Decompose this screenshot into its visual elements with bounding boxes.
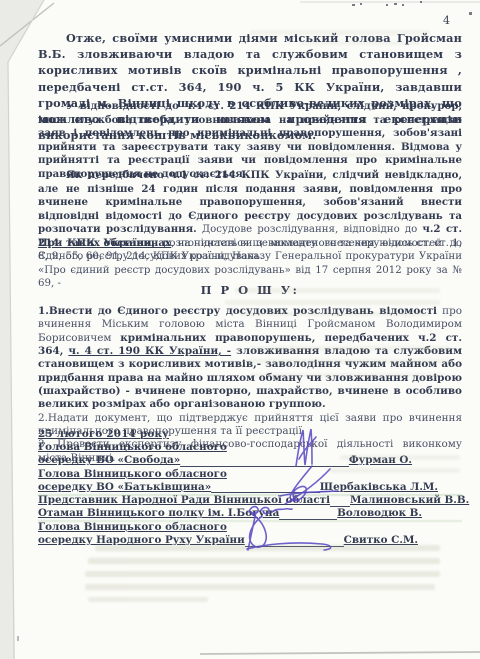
- signature-row: Представник Народної Ради Вінницької обл…: [38, 494, 462, 507]
- date-text: 25 лютого 2014 року: [38, 428, 169, 440]
- signature-row-label: Голова Вінницького обласного: [38, 521, 462, 534]
- signature-line: [180, 454, 349, 467]
- paragraph-legal-basis-lead: При таких обставинах: [38, 237, 171, 249]
- signature-row: осередку ВО «Свобода» Фурман О.: [38, 454, 462, 467]
- signature-line: [330, 494, 350, 507]
- signature-name: Свитко С.М.: [344, 534, 418, 547]
- signature-name: Воловодюк В.: [337, 507, 422, 520]
- signature-row: осередку Народного Руху України Свитко С…: [38, 534, 462, 547]
- heading-request: П Р О Ш У:: [38, 283, 462, 297]
- signature-label: Голова Вінницького обласного: [38, 468, 227, 480]
- signature-name: Малиновський В.В.: [350, 494, 469, 507]
- signature-label: Голова Вінницького обласного: [38, 521, 227, 533]
- request-item-1-bold-lead: 1.Внести до Єдиного реєстру досудових ро…: [38, 305, 437, 317]
- signature-label: Отаман Вінницького полку ім. І.Богуна: [38, 507, 279, 520]
- date-line: 25 лютого 2014 року: [38, 428, 462, 440]
- paragraph-kpk-214-part1-regular: Досудове розслідування, відповідно до: [197, 224, 423, 235]
- request-item-1: 1.Внести до Єдиного реєстру досудових ро…: [38, 305, 462, 412]
- signature-name: Щербаківська Л.М.: [320, 481, 438, 494]
- signature-block: Голова Вінницького обласного осередку ВО…: [38, 441, 462, 547]
- scanned-page: 4 Отже, своїми умисними діями міський го…: [0, 0, 480, 659]
- signature-line: [245, 534, 344, 547]
- signature-label: осередку Народного Руху України: [38, 534, 245, 547]
- page-number: 4: [443, 14, 450, 27]
- signature-label: осередку ВО «Свобода»: [38, 454, 180, 467]
- signature-row-label: Голова Вінницького обласного: [38, 468, 462, 481]
- signature-row: осередку ВО «Батьківщина» Щербаківська Л…: [38, 481, 462, 494]
- signature-label: осередку ВО «Батьківщина»: [38, 481, 211, 494]
- signature-name: Фурман О.: [349, 454, 412, 467]
- signature-line: [279, 507, 337, 520]
- signature-row-label: Голова Вінницького обласного: [38, 441, 462, 454]
- request-item-1-underlined-article: ч. 4 ст. 190 КК України, -: [68, 345, 231, 357]
- signature-label: Представник Народної Ради Вінницької обл…: [38, 494, 330, 507]
- signature-label: Голова Вінницького обласного: [38, 441, 227, 453]
- signature-row: Отаман Вінницького полку ім. І.Богуна Во…: [38, 507, 462, 520]
- signature-line: [211, 481, 320, 494]
